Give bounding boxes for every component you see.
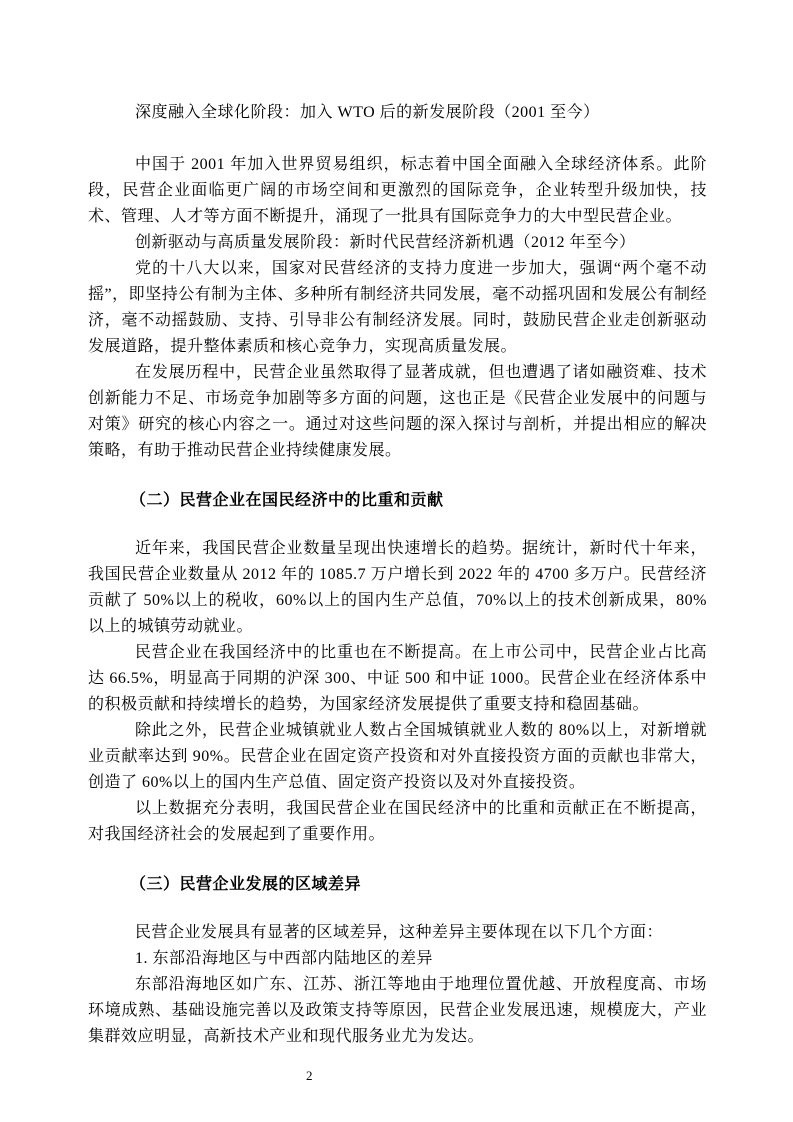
document-page: 深度融入全球化阶段：加入 WTO 后的新发展阶段（2001 至今）中国于 200…	[0, 0, 793, 1122]
body-paragraph: 深度融入全球化阶段：加入 WTO 后的新发展阶段（2001 至今）	[88, 100, 707, 126]
body-paragraph: 1. 东部沿海地区与中西部内陆地区的差异	[88, 946, 707, 972]
body-paragraph: 除此之外，民营企业城镇就业人数占全国城镇就业人数的 80%以上，对新增就业贡献率…	[88, 718, 707, 796]
page-number: 2	[306, 1068, 313, 1084]
section-heading: （二）民营企业在国民经济中的比重和贡献	[88, 488, 707, 514]
body-paragraph: 近年来，我国民营企业数量呈现出快速增长的趋势。据统计，新时代十年来，我国民营企业…	[88, 536, 707, 640]
body-paragraph: 民营企业发展具有显著的区域差异，这种差异主要体现在以下几个方面：	[88, 920, 707, 946]
body-paragraph: 在发展历程中，民营企业虽然取得了显著成就，但也遭遇了诸如融资难、技术创新能力不足…	[88, 360, 707, 464]
section-heading: （三）民营企业发展的区域差异	[88, 872, 707, 898]
blank-line	[88, 126, 707, 152]
body-paragraph: 中国于 2001 年加入世界贸易组织，标志着中国全面融入全球经济体系。此阶段，民…	[88, 152, 707, 230]
body-paragraph: 以上数据充分表明，我国民营企业在国民经济中的比重和贡献正在不断提高，对我国经济社…	[88, 796, 707, 848]
document-body: 深度融入全球化阶段：加入 WTO 后的新发展阶段（2001 至今）中国于 200…	[88, 100, 707, 1050]
body-paragraph: 民营企业在我国经济中的比重也在不断提高。在上市公司中，民营企业占比高达 66.5…	[88, 640, 707, 718]
body-paragraph: 东部沿海地区如广东、江苏、浙江等地由于地理位置优越、开放程度高、市场环境成熟、基…	[88, 972, 707, 1050]
body-paragraph: 创新驱动与高质量发展阶段：新时代民营经济新机遇（2012 年至今）	[88, 230, 707, 256]
body-paragraph: 党的十八大以来，国家对民营经济的支持力度进一步加大，强调“两个毫不动摇”，即坚持…	[88, 256, 707, 360]
